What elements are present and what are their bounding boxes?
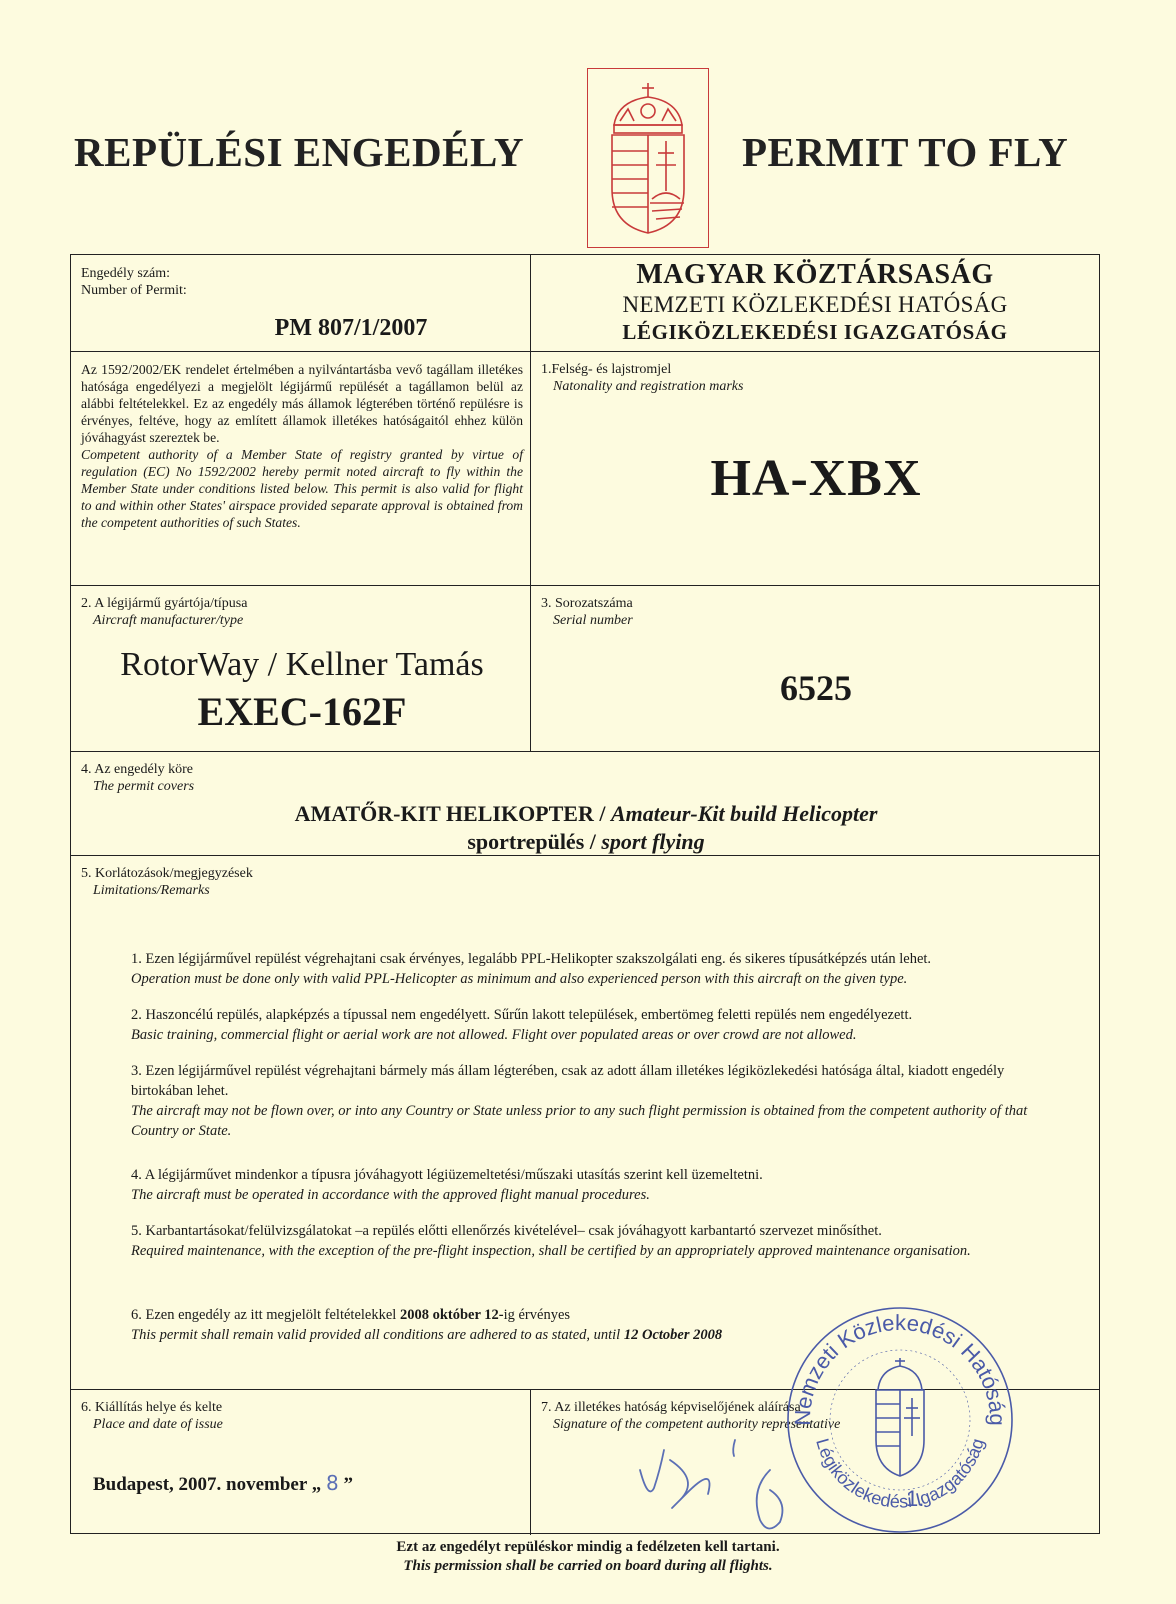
manufacturer-label-en: Aircraft manufacturer/type: [81, 612, 523, 629]
validity-hu: 6. Ezen engedély az itt megjelölt feltét…: [131, 1305, 831, 1325]
scope-line-2: sportrepülés / sport flying: [81, 829, 1091, 855]
manufacturer-value: RotorWay / Kellner Tamás: [81, 645, 523, 685]
serial-label-en: Serial number: [541, 612, 1091, 629]
validity-en-date: 12 October 2008: [624, 1327, 722, 1343]
issue-date-prefix: Budapest, 2007. november „: [93, 1474, 326, 1495]
legal-text-hu: Az 1592/2002/EK rendelet értelmében a ny…: [81, 361, 523, 446]
permit-number-label-en: Number of Permit:: [81, 282, 521, 299]
crest-frame: [587, 68, 709, 248]
stamp-number: 1.: [906, 1486, 924, 1511]
footer-note-en: This permission shall be carried on boar…: [0, 1557, 1176, 1576]
issue-day-handwritten: 8: [326, 1471, 339, 1495]
permit-document: REPÜLÉSI ENGEDÉLY: [0, 0, 1176, 1604]
legal-text-cell: Az 1592/2002/EK rendelet értelmében a ny…: [81, 361, 523, 583]
title-english: PERMIT TO FLY: [742, 128, 1102, 176]
serial-number-value: 6525: [541, 667, 1091, 709]
authority-agency: NEMZETI KÖZLEKEDÉSI HATÓSÁG: [531, 291, 1099, 319]
registration-mark-cell: 1.Felség- és lajstromjel Natonality and …: [541, 361, 1091, 583]
authority-directorate: LÉGIKÖZLEKEDÉSI IGAZGATÓSÁG: [531, 319, 1099, 345]
serial-label-hu: 3. Sorozatszáma: [541, 595, 1091, 612]
divider: [71, 585, 1099, 586]
footer-note-hu: Ezt az engedélyt repüléskor mindig a fed…: [0, 1538, 1176, 1557]
issue-place-date-cell: 6. Kiállítás helye és kelte Place and da…: [81, 1399, 523, 1533]
manufacturer-label-hu: 2. A légijármű gyártója/típusa: [81, 595, 523, 612]
hungarian-coat-of-arms-icon: [604, 79, 692, 237]
serial-number-cell: 3. Sorozatszáma Serial number 6525: [541, 595, 1091, 749]
registration-label-en: Natonality and registration marks: [541, 378, 1091, 395]
authority-cell: MAGYAR KÖZTÁRSASÁG NEMZETI KÖZLEKEDÉSI H…: [531, 255, 1099, 351]
permit-number-label-hu: Engedély szám:: [81, 265, 521, 282]
issue-date-suffix: ”: [339, 1474, 353, 1495]
validity-en: This permit shall remain valid provided …: [131, 1325, 831, 1345]
registration-label-hu: 1.Felség- és lajstromjel: [541, 361, 1091, 378]
permit-number-value: PM 807/1/2007: [221, 315, 481, 342]
signature-icon: [620, 1430, 800, 1540]
permit-scope-cell: 4. Az engedély köre The permit covers AM…: [81, 761, 1091, 853]
remark-3-hu: 3. Ezen légijárművel repülést végrehajta…: [131, 1061, 1061, 1101]
scope-line-2-en: sport flying: [601, 829, 704, 854]
divider: [71, 855, 1099, 856]
validity-statement: 6. Ezen engedély az itt megjelölt feltét…: [131, 1305, 831, 1345]
remark-4-hu: 4. A légijárművet mindenkor a típusra jó…: [131, 1165, 1061, 1185]
remark-1-hu: 1. Ezen légijárművel repülést végrehajta…: [131, 949, 1061, 969]
issue-label-en: Place and date of issue: [81, 1416, 523, 1433]
aircraft-type-value: EXEC-162F: [81, 689, 523, 735]
title-hungarian: REPÜLÉSI ENGEDÉLY: [74, 128, 574, 176]
manufacturer-cell: 2. A légijármű gyártója/típusa Aircraft …: [81, 595, 523, 749]
divider: [71, 751, 1099, 752]
scope-line-1-hu: AMATŐR-KIT HELIKOPTER /: [295, 801, 611, 826]
scope-line-2-hu: sportrepülés /: [467, 829, 601, 854]
legal-text-en: Competent authority of a Member State of…: [81, 446, 523, 531]
authority-country: MAGYAR KÖZTÁRSASÁG: [531, 259, 1099, 291]
remark-2-hu: 2. Haszoncélú repülés, alapképzés a típu…: [131, 1005, 1061, 1025]
remark-item: 1. Ezen légijárművel repülést végrehajta…: [131, 949, 1061, 989]
remark-item: 4. A légijárművet mindenkor a típusra jó…: [131, 1165, 1061, 1205]
validity-hu-prefix: 6. Ezen engedély az itt megjelölt feltét…: [131, 1307, 400, 1323]
registration-mark-value: HA-XBX: [541, 449, 1091, 508]
issue-place-date-value: Budapest, 2007. november „ 8 ”: [93, 1471, 353, 1496]
scope-line-1-en: Amateur-Kit build Helicopter: [611, 801, 877, 826]
divider: [530, 1389, 531, 1535]
remark-item: 2. Haszoncélú repülés, alapképzés a típu…: [131, 1005, 1061, 1045]
remark-5-hu: 5. Karbantartásokat/felülvizsgálatokat –…: [131, 1221, 1061, 1241]
remark-3-en: The aircraft may not be flown over, or i…: [131, 1101, 1061, 1141]
scope-line-1: AMATŐR-KIT HELIKOPTER / Amateur-Kit buil…: [81, 801, 1091, 827]
validity-hu-date: 2008 október 12-: [400, 1307, 504, 1323]
permit-number-cell: Engedély szám: Number of Permit: PM 807/…: [81, 265, 521, 349]
remark-item: 5. Karbantartásokat/felülvizsgálatokat –…: [131, 1221, 1061, 1261]
footer-note: Ezt az engedélyt repüléskor mindig a fed…: [0, 1538, 1176, 1576]
divider: [71, 351, 1099, 352]
limitations-label-hu: 5. Korlátozások/megjegyzések: [81, 865, 1091, 882]
remark-item: 3. Ezen légijárművel repülést végrehajta…: [131, 1061, 1061, 1141]
official-stamp-icon: Nemzeti Közlekedési Hatóság Légiközleked…: [780, 1300, 1020, 1540]
scope-label-hu: 4. Az engedély köre: [81, 761, 1091, 778]
remark-1-en: Operation must be done only with valid P…: [131, 969, 1061, 989]
limitations-label-en: Limitations/Remarks: [81, 882, 1091, 899]
scope-label-en: The permit covers: [81, 778, 1091, 795]
remark-4-en: The aircraft must be operated in accorda…: [131, 1185, 1061, 1205]
validity-en-prefix: This permit shall remain valid provided …: [131, 1327, 624, 1343]
remark-5-en: Required maintenance, with the exception…: [131, 1241, 1061, 1261]
remark-2-en: Basic training, commercial flight or aer…: [131, 1025, 1061, 1045]
issue-label-hu: 6. Kiállítás helye és kelte: [81, 1399, 523, 1416]
validity-hu-suffix: ig érvényes: [504, 1307, 570, 1323]
